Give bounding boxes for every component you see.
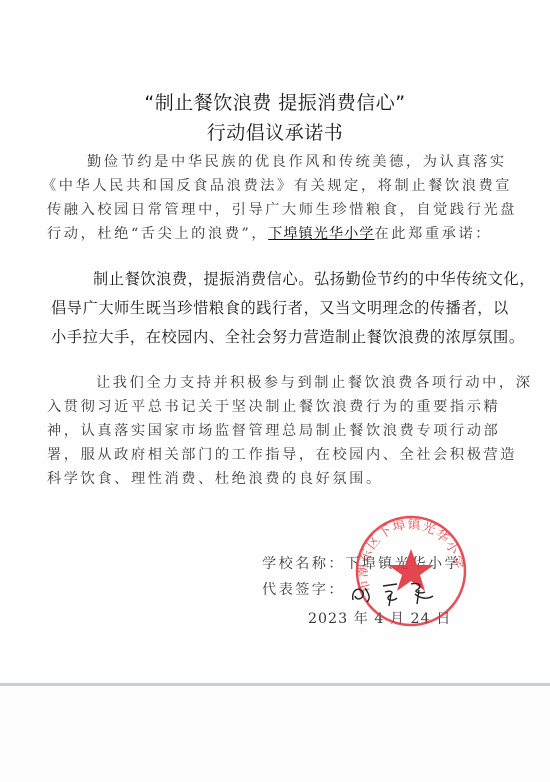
paragraph-1-line-2: 《中华人民共和国反食品浪费法》有关规定，将制止餐饮浪费宣: [42, 177, 512, 195]
paragraph-1-line-1: 勤俭节约是中华民族的优良作风和传统美德，为认真落实: [87, 153, 550, 171]
title-line-1: “制止餐饮浪费 提振消费信心”: [0, 88, 550, 115]
paragraph-2-line-2: 倡导广大师生既当珍惜粮食的践行者，又当文明理念的传播者，以: [51, 299, 521, 317]
representative-label: 代表签字：: [262, 582, 345, 598]
school-name-label: 学校名称：: [262, 556, 345, 572]
document-page: “制止餐饮浪费 提振消费信心” 行动倡议承诺书 勤俭节约是中华民族的优良作风和传…: [0, 0, 550, 685]
paragraph-1-line-4: 行动，杜绝“舌尖上的浪费”，下埠镇光华小学在此郑重承诺：: [47, 225, 517, 243]
handwritten-signature: [345, 578, 445, 608]
school-name-underlined: 下埠镇光华小学: [268, 226, 374, 242]
title-line-2: 行动倡议承诺书: [0, 118, 550, 145]
official-seal-stamp: 市潮东区下埠镇光华小学: [353, 513, 469, 629]
paragraph-1-line-3: 传融入校园日常管理中，引导广大师生珍惜粮食，自觉践行光盘: [47, 201, 517, 219]
paragraph-3-line-5: 科学饮食、理性消费、杜绝浪费的良好氛围。: [47, 470, 517, 488]
representative-field: 代表签字：: [262, 579, 345, 599]
paragraph-3-line-4: 署，服从政府相关部门的工作指导，在校园内、全社会积极营造: [47, 446, 517, 464]
line-4-prefix: 行动，杜绝“舌尖上的浪费”，: [47, 226, 268, 242]
line-4-suffix: 在此郑重承诺：: [375, 226, 493, 242]
paragraph-3-line-3: 神，认真落实国家市场监督管理总局制止餐饮浪费专项行动部: [47, 422, 517, 440]
page-divider: [0, 683, 550, 686]
paragraph-2-line-3: 小手拉大手，在校园内、全社会努力营造制止餐饮浪费的浓厚氛围。: [51, 328, 521, 346]
paragraph-3-line-2: 入贯彻习近平总书记关于坚决制止餐饮浪费行为的重要指示精: [47, 398, 517, 416]
paragraph-2-line-1: 制止餐饮浪费，提振消费信心。弘扬勤俭节约的中华传统文化，: [93, 270, 550, 288]
paragraph-3-line-1: 让我们全力支持并积极参与到制止餐饮浪费各项行动中，深: [96, 374, 550, 392]
